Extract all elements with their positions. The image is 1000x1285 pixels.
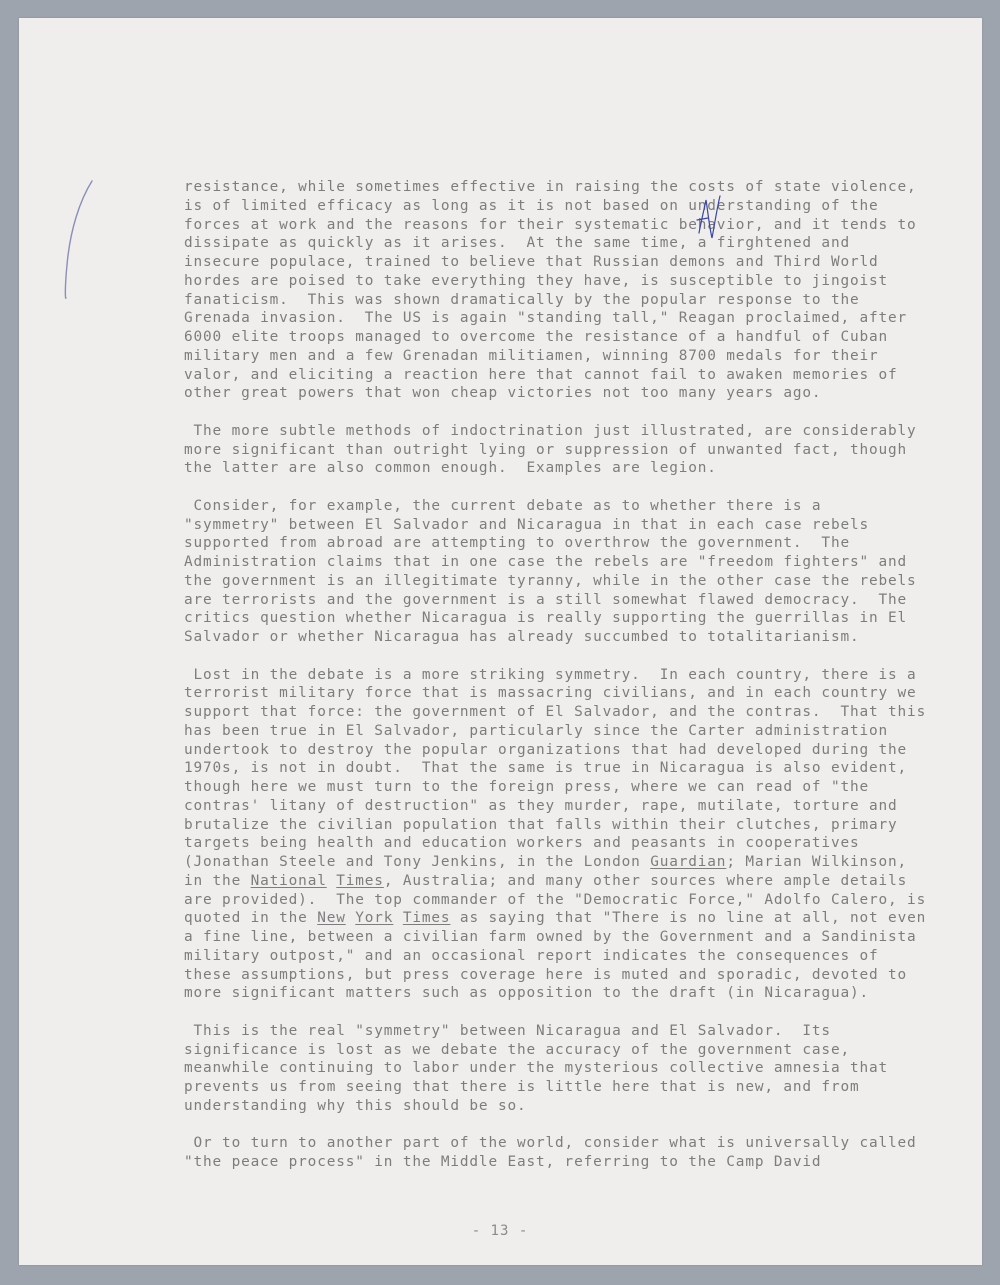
text-line: is of limited efficacy as long as it is … bbox=[184, 197, 944, 216]
text-line: Consider, for example, the current debat… bbox=[184, 497, 944, 516]
text-line: more significant matters such as opposit… bbox=[184, 984, 944, 1003]
paragraph: resistance, while sometimes effective in… bbox=[184, 178, 944, 403]
paragraph: This is the real "symmetry" between Nica… bbox=[184, 1022, 944, 1116]
text-line: supported from abroad are attempting to … bbox=[184, 534, 944, 553]
text-line: "symmetry" between El Salvador and Nicar… bbox=[184, 516, 944, 535]
paragraph: Lost in the debate is a more striking sy… bbox=[184, 666, 944, 1004]
underlined-title: Guardian bbox=[650, 854, 726, 870]
text-line: hordes are poised to take everything the… bbox=[184, 272, 944, 291]
underlined-title: New bbox=[317, 910, 346, 926]
text-line: military men and a few Grenadan militiam… bbox=[184, 347, 944, 366]
text-line: understanding why this should be so. bbox=[184, 1097, 944, 1116]
text-line: 1970s, is not in doubt. That the same is… bbox=[184, 759, 944, 778]
text-line: forces at work and the reasons for their… bbox=[184, 216, 944, 235]
text-line: these assumptions, but press coverage he… bbox=[184, 966, 944, 985]
text-line: military outpost," and an occasional rep… bbox=[184, 947, 944, 966]
text-line: are provided). The top commander of the … bbox=[184, 891, 944, 910]
text-line: the government is an illegitimate tyrann… bbox=[184, 572, 944, 591]
text-line: quoted in the New York Times as saying t… bbox=[184, 909, 944, 928]
text-line: more significant than outright lying or … bbox=[184, 441, 944, 460]
text-line: This is the real "symmetry" between Nica… bbox=[184, 1022, 944, 1041]
text-line: brutalize the civilian population that f… bbox=[184, 816, 944, 835]
text-line: contras' litany of destruction" as they … bbox=[184, 797, 944, 816]
text-line: in the National Times, Australia; and ma… bbox=[184, 872, 944, 891]
text-line: are terrorists and the government is a s… bbox=[184, 591, 944, 610]
text-line: Grenada invasion. The US is again "stand… bbox=[184, 309, 944, 328]
page-number: - 13 - bbox=[0, 1223, 1000, 1239]
underlined-title: National bbox=[251, 873, 327, 889]
text-line: significance is lost as we debate the ac… bbox=[184, 1041, 944, 1060]
text-line: Lost in the debate is a more striking sy… bbox=[184, 666, 944, 685]
text-line: Or to turn to another part of the world,… bbox=[184, 1134, 944, 1153]
text-line: Administration claims that in one case t… bbox=[184, 553, 944, 572]
text-line: (Jonathan Steele and Tony Jenkins, in th… bbox=[184, 853, 944, 872]
text-line: resistance, while sometimes effective in… bbox=[184, 178, 944, 197]
text-line: the latter are also common enough. Examp… bbox=[184, 459, 944, 478]
paragraph: Or to turn to another part of the world,… bbox=[184, 1134, 944, 1172]
text-line: meanwhile continuing to labor under the … bbox=[184, 1059, 944, 1078]
underlined-title: Times bbox=[403, 910, 451, 926]
text-line: a fine line, between a civilian farm own… bbox=[184, 928, 944, 947]
underlined-title: Times bbox=[336, 873, 384, 889]
text-line: 6000 elite troops managed to overcome th… bbox=[184, 328, 944, 347]
text-line: targets being health and education worke… bbox=[184, 834, 944, 853]
text-line: though here we must turn to the foreign … bbox=[184, 778, 944, 797]
text-line: dissipate as quickly as it arises. At th… bbox=[184, 234, 944, 253]
text-line: other great powers that won cheap victor… bbox=[184, 384, 944, 403]
text-line: has been true in El Salvador, particular… bbox=[184, 722, 944, 741]
text-line: prevents us from seeing that there is li… bbox=[184, 1078, 944, 1097]
text-line: support that force: the government of El… bbox=[184, 703, 944, 722]
text-line: "the peace process" in the Middle East, … bbox=[184, 1153, 944, 1172]
underlined-title: York bbox=[355, 910, 393, 926]
text-line: Salvador or whether Nicaragua has alread… bbox=[184, 628, 944, 647]
text-line: critics question whether Nicaragua is re… bbox=[184, 609, 944, 628]
text-line: undertook to destroy the popular organiz… bbox=[184, 741, 944, 760]
body-text: resistance, while sometimes effective in… bbox=[184, 178, 944, 1191]
text-line: insecure populace, trained to believe th… bbox=[184, 253, 944, 272]
document-page: resistance, while sometimes effective in… bbox=[19, 18, 982, 1265]
paragraph: Consider, for example, the current debat… bbox=[184, 497, 944, 647]
text-line: terrorist military force that is massacr… bbox=[184, 684, 944, 703]
text-line: The more subtle methods of indoctrinatio… bbox=[184, 422, 944, 441]
text-line: valor, and eliciting a reaction here tha… bbox=[184, 366, 944, 385]
paragraph: The more subtle methods of indoctrinatio… bbox=[184, 422, 944, 478]
text-line: fanaticism. This was shown dramatically … bbox=[184, 291, 944, 310]
